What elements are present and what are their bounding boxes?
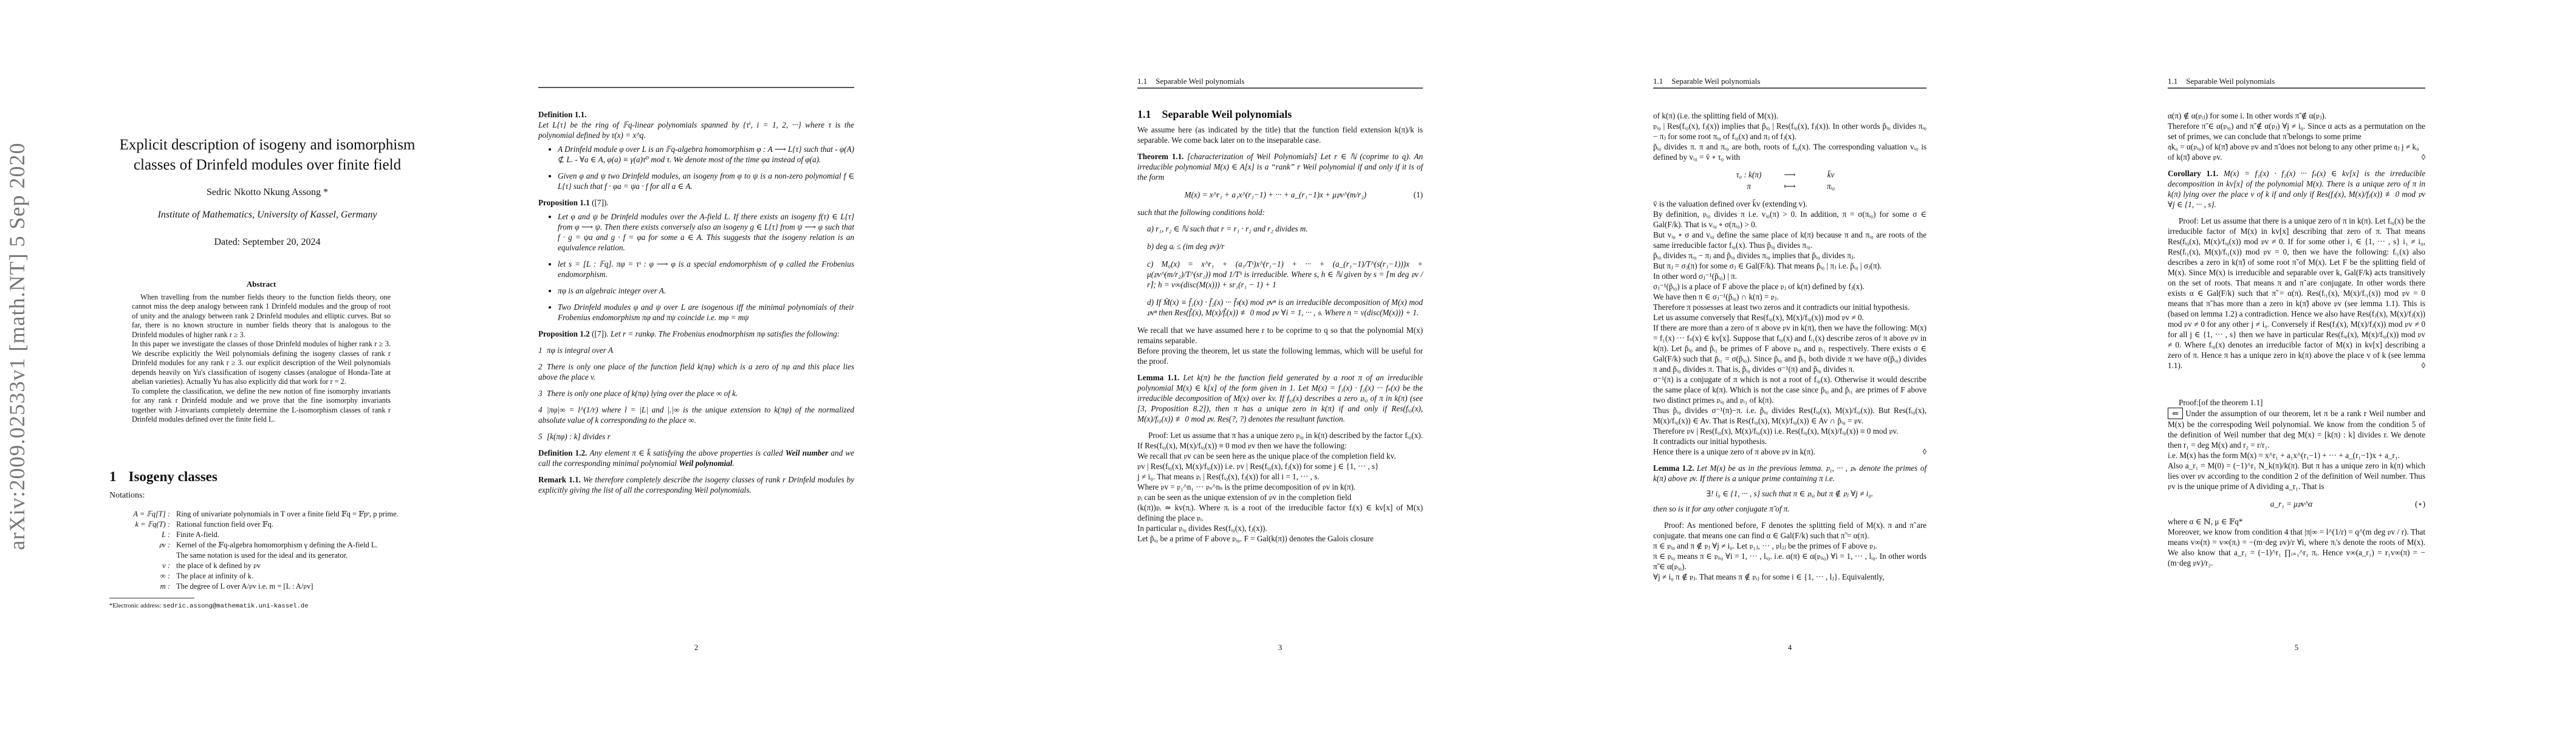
equation-body: M(x) = x^r₁ + a₁x^(r₁−1) + ··· + a_(r₁−1…	[1137, 190, 1414, 200]
definition-1-1: Definition 1.1. Let L{τ} be the ring of …	[538, 109, 854, 191]
proof-line: By definition, 𝔭ᵢ₀ divides π i.e. vᵢ₀(π)…	[1653, 209, 1927, 230]
notation-symbol: 𝔭v :	[109, 540, 170, 550]
page-4-body: of k(π) (i.e. the splitting field of M(x…	[1653, 111, 1927, 582]
proof-line: v̄ is the valuation defined over k̄v (ex…	[1653, 199, 1927, 209]
proof-line: Proof: Let us assume that π has a unique…	[1137, 430, 1423, 451]
subsection-heading: 1.1Separable Weil polynomials	[1137, 109, 1423, 120]
email-link[interactable]: sedric.assong@mathematik.uni-kassel.de	[163, 603, 308, 610]
condition-item: d) If M̄(x) ≡ f̄₁(x) · f̄₂(x) ··· f̄𝔰(x)…	[1147, 297, 1423, 318]
page-number: 5	[2168, 643, 2425, 652]
spacer	[2168, 371, 2425, 397]
arxiv-watermark: arXiv:2009.02533v1 [math.NT] 5 Sep 2020	[5, 85, 29, 607]
proposition-1-2: Proposition 1.2 ([7]). Let r = rankφ. Th…	[538, 329, 854, 339]
abstract: Abstract When travelling from the number…	[132, 279, 391, 425]
running-header: 1.1Separable Weil polynomials	[2168, 77, 2425, 89]
definition-text: .	[732, 459, 734, 468]
proof-text: Proof: Let us assume that there is a uni…	[2168, 216, 2425, 370]
lemma-1-2: Lemma 1.2. Let M(x) be as in the previou…	[1653, 463, 1927, 484]
page-5-body: α(π) ∉ α(𝔭ᵢⱼ) for some i. In other words…	[2168, 111, 2425, 568]
definition-heading: Definition 1.2.	[538, 448, 587, 457]
diagram-cell: k̄v	[1805, 169, 1857, 180]
notation-symbol: k = 𝔽q(T) :	[109, 519, 170, 530]
qed-diamond-icon: ◊	[2410, 360, 2425, 371]
page-2-body: Definition 1.1. Let L{τ} be the ring of …	[538, 109, 854, 501]
definition-1-2: Definition 1.2. Any element π ∈ k̄ satis…	[538, 448, 854, 468]
enum-number: 2	[538, 361, 547, 372]
header-title: Separable Weil polynomials	[1671, 77, 1760, 86]
proposition-heading: Proposition 1.2	[538, 329, 590, 338]
term-weil-number: Weil number	[786, 448, 829, 457]
proof-line: ∀j ≠ i₀ π ∉ 𝔭ⱼ. That means π ∉ 𝔭ᵢⱼ for s…	[1653, 572, 1927, 582]
proof-line: Also a_r₁ = M(0) = (−1)^r₁ N_k(π)/k(π). …	[2168, 460, 2425, 491]
running-header: 1.1Separable Weil polynomials	[1653, 77, 1927, 89]
bullet-item: Two Drinfeld modules φ and ψ over L are …	[558, 302, 854, 323]
page-3-body: 1.1Separable Weil polynomials We assume …	[1137, 109, 1423, 544]
proposition-text: Let r = rankφ. The Frobenius enodmorphis…	[611, 329, 840, 338]
bullet-item: let s = [L : 𝔽q]. πφ = τˢ : φ ⟶ φ is a s…	[558, 259, 854, 279]
notations-heading: Notations:	[109, 490, 425, 501]
page-number: 3	[1137, 643, 1423, 652]
lemma-equation: ∃! i₀ ∈ {1, ··· , s} such that π ∈ 𝔭ᵢ₀ b…	[1653, 488, 1927, 499]
notation-symbol: ∞ :	[109, 571, 170, 581]
condition-item: b) deg aᵢ ≤ (im deg 𝔭v)/r	[1147, 241, 1423, 252]
proof-line: σⱼ⁻¹(p̃ᵢ₀) is a place of F above the pla…	[1653, 281, 1927, 292]
diagram-cell: πᵢ₀	[1805, 181, 1857, 191]
header-number: 1.1	[1137, 77, 1147, 86]
proof-line: σ⁻¹(π) is a conjugate of π which is not …	[1653, 374, 1927, 405]
proof-line: Let p̃ᵢ₀ be a prime of F above 𝔭ᵢ₀. F = …	[1137, 533, 1423, 544]
embedding-diagram: τ₀ : k(π)⟶k̄v π⟼πᵢ₀	[1723, 169, 1857, 191]
subsection-title: Separable Weil polynomials	[1162, 108, 1292, 120]
diagram-arrow: ⟼	[1775, 181, 1805, 191]
proof-heading: Proof:[of the theorem 1.1]	[2168, 397, 2425, 408]
author: Sedric Nkotto Nkung Assong *	[109, 187, 425, 198]
definition-bullets: A Drinfeld module φ over L is an 𝔽q-alge…	[538, 144, 854, 191]
section-isogeny: 1Isogeny classes Notations: A = 𝔽q[T] :R…	[109, 471, 425, 612]
proof-line: We recall that 𝔭v can be seen here as th…	[1137, 451, 1423, 461]
definition-text: Let L{τ} be the ring of 𝔽q-linear polyno…	[538, 120, 854, 140]
notation-desc: Rational function field over 𝔽q.	[176, 519, 425, 530]
title-line-1: Explicit description of isogeny and isom…	[109, 135, 425, 155]
page-4: 1.1Separable Weil polynomials of k(π) (i…	[1546, 0, 2061, 729]
proof-line: i.e. M(x) has the form M(x) = x^r₁ + a₁x…	[2168, 450, 2425, 460]
proof-line: Let us assume conversely that Res(fᵢ₀(x)…	[1653, 312, 1927, 323]
proof-text: Under the assumption of our theorem, let…	[2168, 409, 2425, 450]
header-number: 1.1	[2168, 77, 2177, 86]
notation-symbol: v :	[109, 561, 170, 571]
section-heading: 1Isogeny classes	[109, 471, 425, 482]
proof-line: 𝔭v | Res(fᵢ₀(x), M(x)/fᵢ₀(x)) i.e. 𝔭v | …	[1137, 461, 1423, 471]
enum-number: 5	[538, 431, 547, 442]
lemma-heading: Lemma 1.2.	[1653, 464, 1694, 473]
corollary-1-1: Corollary 1.1. M(x) = f₁(x) · f₂(x) ··· …	[2168, 168, 2425, 210]
section-title: Isogeny classes	[129, 469, 218, 484]
page-2: Definition 1.1. Let L{τ} be the ring of …	[515, 0, 1030, 729]
proof-line: (k(π))𝔭ᵢ ≃ kv(πᵢ). Where πᵢ is a root of…	[1137, 502, 1423, 523]
page-5: 1.1Separable Weil polynomials α(π) ∉ α(𝔭…	[2061, 0, 2576, 729]
proof-line: p̃ᵢ₀ divides πᵢ₀ − πⱼ and p̃ᵢ₀ divides π…	[1653, 250, 1927, 261]
page-number: 4	[1653, 643, 1927, 652]
lemma-heading: Lemma 1.1.	[1137, 373, 1179, 382]
notation-desc: The degree of L over A/𝔭v i.e. m = [L : …	[176, 581, 425, 592]
diagram-cell: τ₀ : k(π)	[1723, 169, 1775, 180]
enum-item: 3There is only one place of k(πφ) lying …	[538, 388, 854, 399]
proof-line: Therefore 𝔭v | Res(fᵢ₀(x), M(x)/fᵢ₀(x)) …	[1653, 426, 1927, 436]
proof-line: We have then π ∈ σⱼ⁻¹(p̃ᵢ₀) ∩ k(π) = 𝔭ⱼ.	[1653, 292, 1927, 302]
diagram-cell: π	[1723, 181, 1775, 191]
theorem-heading: Theorem 1.1.	[1137, 152, 1184, 161]
proof-line: But vᵢ₀ ∘ σ and vᵢ₀ define the same plac…	[1653, 230, 1927, 250]
proof-line: Where 𝔭v = 𝔭₁^n₁ ··· 𝔭ₛ^nₛ is the prime …	[1137, 482, 1423, 492]
notation-desc: the place of k defined by 𝔭v	[176, 561, 425, 571]
proof-line: It contradicts our initial hypothesis.	[1653, 436, 1927, 447]
proof-line: α(π) ∉ α(𝔭ᵢⱼ) for some i. In other words…	[2168, 111, 2425, 121]
enum-text: There is only one place of k(πφ) lying o…	[547, 389, 738, 398]
proposition-1-1: Proposition 1.1 ([7]). Let φ and ψ be Dr…	[538, 197, 854, 323]
enum-number: 1	[538, 345, 547, 355]
enum-number: 4	[538, 405, 547, 415]
enum-text: πφ is integral over A	[547, 346, 613, 355]
section-number: 1	[109, 469, 117, 484]
paragraph: Before proving the theorem, let us state…	[1137, 346, 1423, 366]
proof-line: j ≠ i₀. That means 𝔭ᵢ | Res(fᵢ₀(x), fⱼ(x…	[1137, 471, 1423, 482]
bullet-item: A Drinfeld module φ over L is an 𝔽q-alge…	[558, 144, 854, 165]
intro-paragraph: We assume here (as indicated by the titl…	[1137, 125, 1423, 145]
proof-line: Thus p̃ᵢ₀ divides σ⁻¹(π)−π. i.e. p̃ᵢ₀ di…	[1653, 405, 1927, 426]
proof-line: where α ∈ ℕ, μ ∈ 𝔽q*	[2168, 516, 2425, 527]
citation-link[interactable]: ([7]).	[592, 329, 608, 338]
term-weil-polynomial: Weil polynomial	[679, 459, 732, 468]
proof-line: Therefore π possesses at least two zeros…	[1653, 302, 1927, 312]
qed-diamond-icon: ◊	[1922, 447, 1927, 457]
lemma-text: Let k(π) be the function field generated…	[1137, 373, 1423, 423]
proof-line: 𝔮k₀ = α(𝔭ᵢ₀) of k(π̃) above 𝔭v and π̃ do…	[2168, 142, 2425, 152]
enum-number: 3	[538, 388, 547, 399]
proof-line: Therefore π̃ ∈ α(𝔭ᵢ₀) and π̃ ∉ α(𝔭ⱼ) ∀j …	[2168, 121, 2425, 142]
definition-heading: Definition 1.1.	[538, 109, 854, 120]
equation-star: a_r₁ = μ𝔭v^α(⋆)	[2168, 499, 2425, 509]
paper-title: Explicit description of isogeny and isom…	[109, 135, 425, 175]
proof-line: 𝔭ᵢ₀ | Res(fᵢ₀(x), fⱼ(x)) implies that p̃…	[1653, 121, 1927, 142]
abstract-paragraph: To complete the classification, we defin…	[132, 387, 391, 425]
abstract-heading: Abstract	[132, 279, 391, 289]
remark-text: We therefore completely describe the iso…	[538, 475, 854, 495]
proof-line: p̃ᵢ₀ divides π. π and πᵢ₀ are both, root…	[1653, 142, 1927, 162]
subsection-number: 1.1	[1137, 108, 1151, 120]
proof-line: Hence there is a unique zero of π above …	[1653, 447, 1815, 456]
enum-item: 1πφ is integral over A	[538, 345, 854, 355]
proof-line: But πⱼ = σⱼ(π) for some σⱼ ∈ Gal(F/k). T…	[1653, 261, 1927, 271]
lemma-text: Let M(x) be as in the previous lemma. 𝔭₁…	[1653, 464, 1927, 483]
footnote-rule	[109, 598, 194, 598]
notation-desc: The place at infinity of k.	[176, 571, 425, 581]
bullet-item: πφ is an algebraic integer over A.	[558, 286, 854, 296]
equation-tag: (⋆)	[2415, 499, 2425, 509]
notation-desc: The same notation is used for the ideal …	[176, 550, 425, 561]
proposition-heading: Proposition 1.1	[538, 198, 590, 207]
enum-text: [k(πφ) : k] divides r	[547, 432, 611, 441]
corollary-proof: Proof: Let us assume that there is a uni…	[2168, 216, 2425, 371]
enum-item: 2There is only one place of the function…	[538, 361, 854, 382]
header-title: Separable Weil polynomials	[2186, 77, 2275, 86]
definition-text: Any element π ∈ k̄ satisfying the above …	[590, 448, 786, 457]
proof-line: If there are more than a zero of π above…	[1653, 323, 1927, 374]
notation-desc: Kernel of the 𝔽q-algebra homomorphism γ …	[176, 540, 425, 550]
proof-line: π ∈ 𝔭ᵢ₀ means π ∈ 𝔭ᵢᵢ₀ ∀i = 1, ··· , lᵢ₀…	[1653, 551, 1927, 572]
page-number: 2	[538, 643, 854, 652]
proof-line: of k(π̃) above 𝔭v.	[2168, 152, 2222, 162]
remark-1-1: Remark 1.1. We therefore completely desc…	[538, 474, 854, 495]
notation-symbol	[109, 550, 170, 561]
equation-1: M(x) = x^r₁ + a₁x^(r₁−1) + ··· + a_(r₁−1…	[1137, 190, 1423, 200]
proposition-bullets: Let φ and ψ be Drinfeld modules over the…	[538, 211, 854, 323]
proof-line: Proof: As mentioned before, F denotes th…	[1653, 520, 1927, 541]
notation-symbol: m :	[109, 581, 170, 592]
enum-item: 5[k(πφ) : k] divides r	[538, 431, 854, 442]
footnote-label: *Electronic address:	[109, 603, 163, 609]
notation-desc: Finite A-field.	[176, 530, 425, 540]
condition-item: c) M₀(x) = x^r₁ + (a₁/Tˢ)x^(r₁−1) + ··· …	[1147, 259, 1423, 290]
bullet-item: Given φ and ψ two Drinfeld modules, an i…	[558, 171, 854, 191]
enum-item: 4|πφ|∞ = l^(1/r) where l = |L| and |.|∞ …	[538, 405, 854, 425]
lemma-1-1: Lemma 1.1. Let k(π) be the function fiel…	[1137, 372, 1423, 424]
remark-heading: Remark 1.1.	[538, 475, 581, 484]
proof-line: 𝔭ᵢ can be seen as the unique extension o…	[1137, 492, 1423, 502]
notation-symbol: A = 𝔽q[T] :	[109, 509, 170, 519]
lemma-text: then so is it for any other conjugate π̃…	[1653, 504, 1927, 514]
arxiv-identifier: arXiv:2009.02533v1 [math.NT] 5 Sep 2020	[4, 143, 30, 550]
date: Dated: September 20, 2024	[109, 237, 425, 248]
header-number: 1.1	[1653, 77, 1663, 86]
paragraph: We recall that we have assumed here r to…	[1137, 325, 1423, 346]
page-3: 1.1Separable Weil polynomials 1.1Separab…	[1030, 0, 1546, 729]
notation-desc: Ring of univariate polynomials in T over…	[176, 509, 425, 519]
header-title: Separable Weil polynomials	[1156, 77, 1244, 86]
proof-line: In particular 𝔭ᵢ₀ divides Res(fᵢ₀(x), fⱼ…	[1137, 523, 1423, 533]
bullet-item: Let φ and ψ be Drinfeld modules over the…	[558, 211, 854, 253]
equation-body: a_r₁ = μ𝔭v^α	[2168, 499, 2415, 509]
condition-item: a) r₁, r₂ ∈ ℕ such that r = r₁ · r₂ and …	[1147, 224, 1423, 234]
abstract-paragraph: In this paper we investigate the classes…	[132, 340, 391, 387]
conditions-intro: such that the following conditions hold:	[1137, 207, 1423, 217]
equation-tag: (1)	[1414, 190, 1423, 200]
theorem-1-1: Theorem 1.1. [characterization of Weil P…	[1137, 151, 1423, 182]
proof-line: Moreover, we know from condition 4 that …	[2168, 527, 2425, 568]
enum-text: There is only one place of the function …	[538, 362, 854, 382]
citation-link[interactable]: ([7]).	[592, 198, 608, 207]
left-implication-arrow-icon: ⇐	[2168, 408, 2183, 419]
title-line-2: classes of Drinfeld modules over finite …	[109, 155, 425, 175]
notations-table: A = 𝔽q[T] :Ring of univariate polynomial…	[109, 509, 425, 592]
page-1: arXiv:2009.02533v1 [math.NT] 5 Sep 2020 …	[0, 0, 515, 729]
footnote: *Electronic address: sedric.assong@mathe…	[109, 601, 425, 612]
abstract-paragraph: When travelling from the number fields t…	[132, 293, 391, 340]
proof-line: π ∈ 𝔭ᵢ₀ and π ∉ 𝔭ⱼ ∀j ≠ i₀. Let 𝔭₁ⱼ, ···…	[1653, 541, 1927, 551]
running-header: 1.1Separable Weil polynomials	[1137, 77, 1423, 89]
running-header-rule	[538, 81, 854, 88]
diagram-arrow: ⟶	[1775, 169, 1805, 180]
proof-line: In other word σⱼ⁻¹(p̃ᵢ₀) | π.	[1653, 271, 1927, 281]
corollary-heading: Corollary 1.1.	[2168, 169, 2218, 178]
notation-symbol: L :	[109, 530, 170, 540]
enum-text: |πφ|∞ = l^(1/r) where l = |L| and |.|∞ i…	[538, 405, 854, 425]
qed-diamond-icon: ◊	[2421, 152, 2425, 162]
proof-line: of k(π) (i.e. the splitting field of M(x…	[1653, 111, 1927, 121]
affiliation: Institute of Mathematics, University of …	[109, 210, 425, 221]
